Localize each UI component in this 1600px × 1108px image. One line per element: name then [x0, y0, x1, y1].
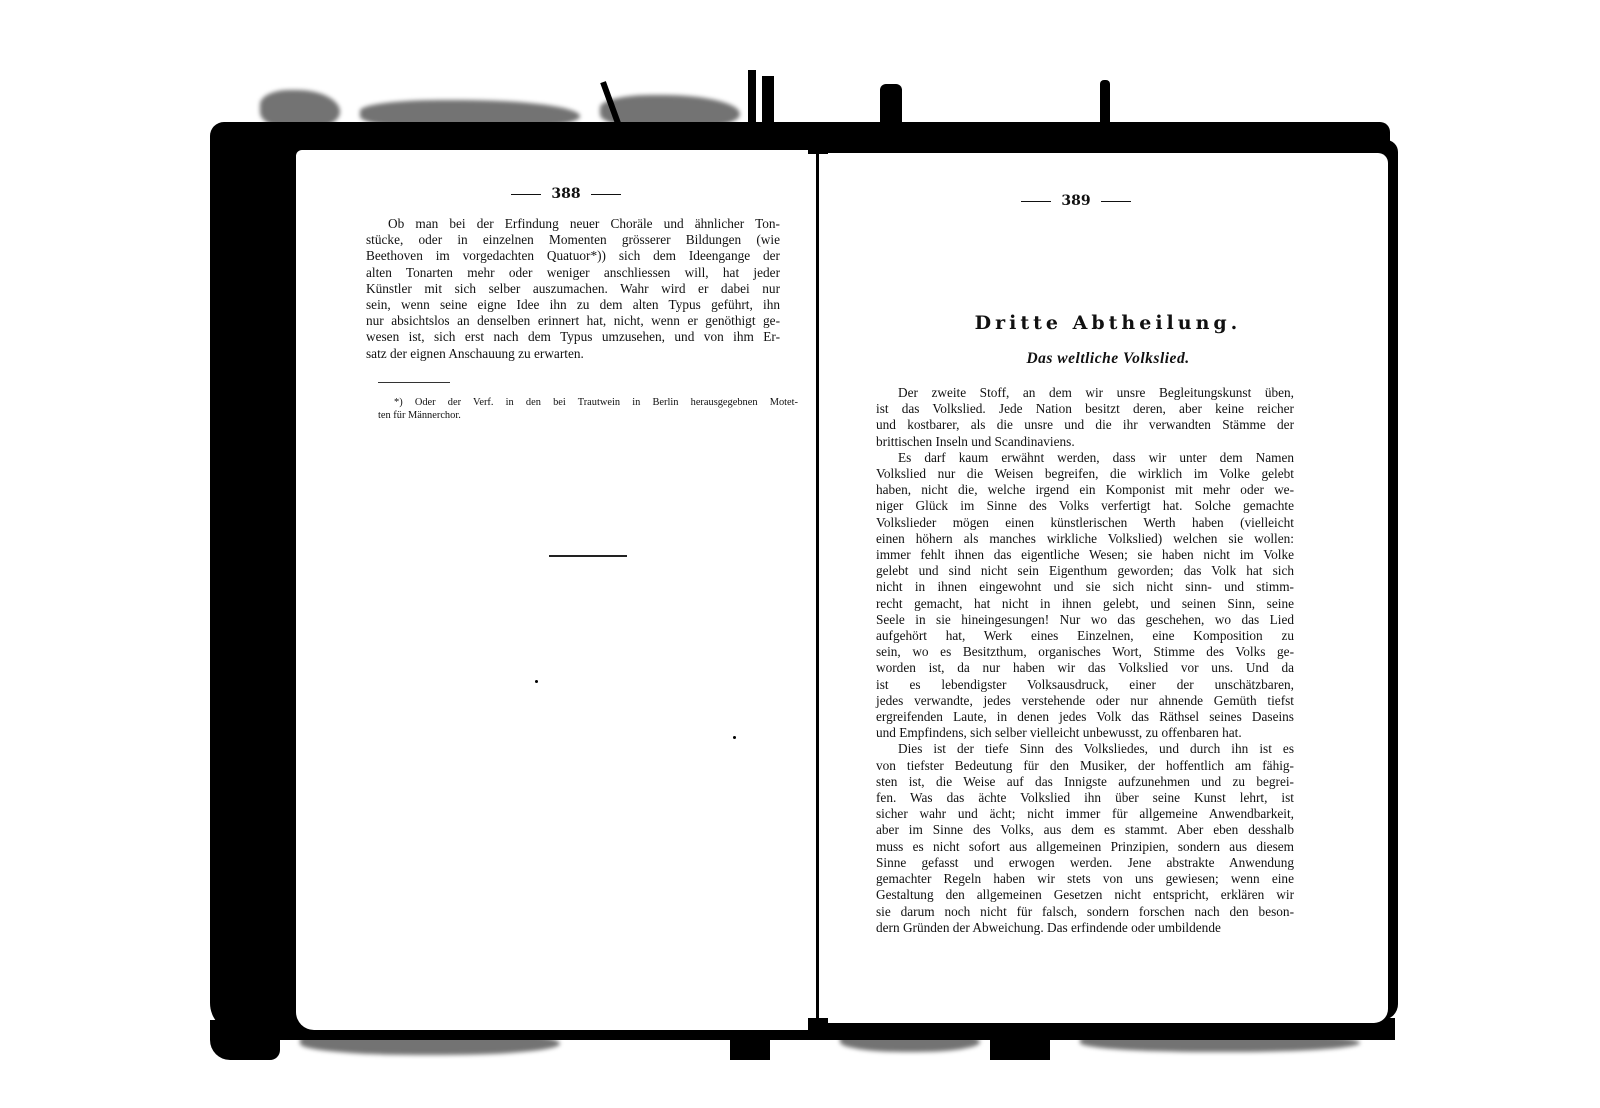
left-body-text: Ob man bei der Erfindung neuer Choräle u… [366, 216, 780, 362]
text-line: Beethoven im vorgedachten Quatuor*)) sic… [366, 248, 780, 264]
page-number-text: 388 [551, 186, 580, 202]
text-line: worden ist, da nur haben wir das Volksli… [876, 660, 1294, 676]
text-line: haben, nicht die, welche irgend ein Komp… [876, 482, 1294, 498]
scan-dot [733, 736, 736, 739]
text-line: ten für Männerchor. [378, 409, 798, 422]
text-line: Seele in sie hineingesungen! Nur wo das … [876, 612, 1294, 628]
text-line: von tiefster Bedeutung für den Musiker, … [876, 758, 1294, 774]
text-line: Gestaltung den allgemeinen Gesetzen nich… [876, 887, 1294, 903]
scanned-book-spread [0, 0, 1600, 1108]
text-line: brittischen Inseln und Scandinaviens. [876, 434, 1294, 450]
text-line: sicher wahr und ächt; nicht immer für al… [876, 806, 1294, 822]
text-line: recht gemacht, hat nicht in ihnen gelebt… [876, 596, 1294, 612]
text-line: nicht in ihnen eingewohnt und sie sich n… [876, 579, 1294, 595]
text-line: dern Gründen der Abweichung. Das erfinde… [876, 920, 1294, 936]
scan-noise [260, 90, 340, 130]
text-line: immer fehlt ihnen das eigentliche Wesen;… [876, 547, 1294, 563]
text-line: sie darum noch nicht für falsch, sondern… [876, 904, 1294, 920]
text-line: und Empfindens, sich selber vielleicht u… [876, 725, 1294, 741]
text-line: Dies ist der tiefe Sinn des Volksliedes,… [876, 741, 1294, 757]
text-line: Der zweite Stoff, an dem wir unsre Begle… [876, 385, 1294, 401]
right-body-text: Der zweite Stoff, an dem wir unsre Begle… [876, 385, 1294, 936]
text-line: aufgehört hat, Werk eines Einzelnen, ein… [876, 628, 1294, 644]
text-line: und kostbarer, als die unsre und die ihr… [876, 417, 1294, 433]
scan-noise [840, 1030, 980, 1052]
scan-noise [300, 1030, 560, 1055]
cover-tab-4 [880, 84, 902, 152]
text-line: alten Tonarten mehr oder weniger anschli… [366, 265, 780, 281]
cover-tab-2 [748, 70, 756, 150]
text-line: Ob man bei der Erfindung neuer Choräle u… [366, 216, 780, 232]
text-line: jedes verwandte, jedes verstehende oder … [876, 693, 1294, 709]
text-line: muss es nicht sofort aus allgemeinen Pri… [876, 839, 1294, 855]
text-line: fen. Was das ächte Volkslied ihn über se… [876, 790, 1294, 806]
scan-noise [360, 100, 580, 130]
page-number-right: 389 [1006, 193, 1146, 209]
text-line: Volkslieder mögen einen künstlerischen W… [876, 515, 1294, 531]
page-number-text: 389 [1061, 193, 1090, 209]
text-line: nur absichtslos an denselben erinnert ha… [366, 313, 780, 329]
text-line: Künstler mit sich selber auszumachen. Wa… [366, 281, 780, 297]
text-line: gemachter Regeln haben wir stets von uns… [876, 871, 1294, 887]
text-line: ergreifenden Laute, in denen jedes Volk … [876, 709, 1294, 725]
cover-bottom-block-1 [730, 1030, 770, 1060]
cover-bottom-block-3 [210, 1020, 280, 1060]
cover-tab-3 [762, 76, 774, 152]
text-line: Sinne gefasst und erwogen werden. Jene a… [876, 855, 1294, 871]
book-gutter [816, 140, 819, 1020]
page-number-left: 388 [496, 186, 636, 202]
text-line: sein, wenn seine eigne Idee ihn zu dem a… [366, 297, 780, 313]
text-line: Volkslied nur die Weisen begreifen, die … [876, 466, 1294, 482]
text-line: satz der eignen Anschauung zu erwarten. [366, 346, 780, 362]
end-of-section-rule [549, 555, 627, 557]
text-line: *) Oder der Verf. in den bei Trautwein i… [378, 396, 798, 409]
text-line: ist das Volkslied. Jede Nation besitzt d… [876, 401, 1294, 417]
cover-left-edge [210, 128, 300, 1033]
text-line: gelebt und sind nicht sein Eigenthum gew… [876, 563, 1294, 579]
text-line: ist es lebendigster Volksausdruck, einer… [876, 677, 1294, 693]
section-heading: Dritte Abtheilung. [828, 312, 1388, 334]
text-line: niger Glück im Sinne des Volks verfertig… [876, 498, 1294, 514]
text-line: Es darf kaum erwähnt werden, dass wir un… [876, 450, 1294, 466]
footnote: *) Oder der Verf. in den bei Trautwein i… [378, 396, 798, 422]
scan-noise [1080, 1032, 1360, 1052]
text-line: sten ist, die Weise auf das Innigste auf… [876, 774, 1294, 790]
cover-bottom-block-2 [990, 1030, 1050, 1060]
text-line: sein, wo es Besitzthum, organisches Wort… [876, 644, 1294, 660]
scan-dot [535, 680, 538, 683]
section-subheading: Das weltliche Volkslied. [828, 350, 1388, 368]
footnote-rule [378, 382, 450, 383]
text-line: aber im Sinne des Volks, aus dem es stam… [876, 822, 1294, 838]
scan-noise [600, 95, 740, 130]
text-line: stücke, oder in einzelnen Momenten gröss… [366, 232, 780, 248]
cover-tab-5 [1100, 80, 1110, 152]
text-line: einen höhern als manches wirkliche Volks… [876, 531, 1294, 547]
text-line: wesen ist, sich erst nach dem Typus umzu… [366, 329, 780, 345]
